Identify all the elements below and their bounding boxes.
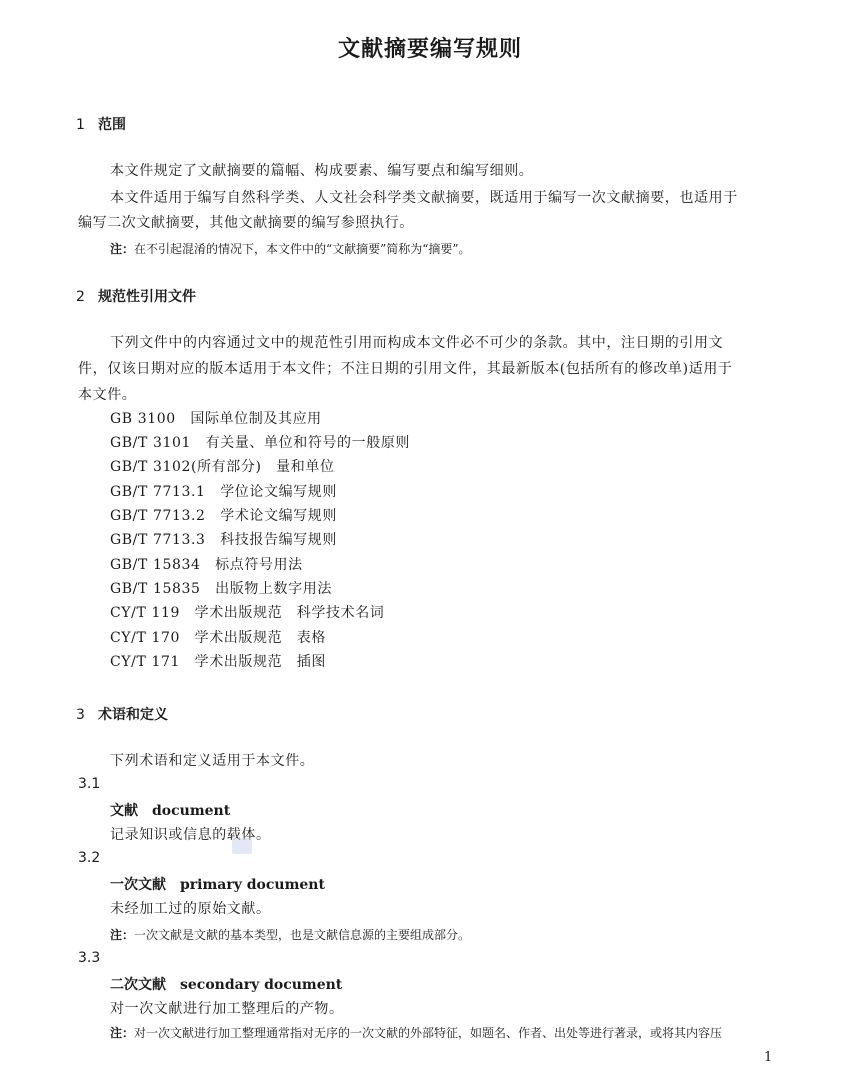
section-number: 2 [76, 289, 98, 305]
reference-item: CY/T 171 学术出版规范 插图 [110, 651, 326, 671]
reference-item: GB 3100 国际单位制及其应用 [110, 408, 322, 428]
document-title: 文献摘要编写规则 [0, 32, 860, 63]
note: 注：对一次文献进行加工整理通常指对无序的一次文献的外部特征，如题名、作者、出处等… [110, 1024, 722, 1041]
note-text: 一次文献是文献的基本类型，也是文献信息源的主要组成部分。 [134, 928, 470, 942]
reference-item: GB/T 7713.3 科技报告编写规则 [110, 529, 337, 549]
reference-item: GB/T 15835 出版物上数字用法 [110, 578, 332, 598]
term-heading: 二次文献secondary document [110, 974, 342, 994]
reference-code: GB/T 7713.3 [110, 532, 206, 548]
term-definition: 对一次文献进行加工整理后的产物。 [110, 998, 344, 1018]
term-en: secondary document [180, 977, 342, 993]
section-title: 术语和定义 [98, 707, 168, 723]
page-number: 1 [764, 1050, 772, 1065]
reference-title: 学位论文编写规则 [220, 484, 337, 500]
reference-code: CY/T 119 [110, 605, 180, 621]
note-label: 注： [110, 928, 134, 942]
section-number: 1 [76, 117, 98, 133]
term-number: 3.3 [78, 950, 100, 966]
reference-item: CY/T 119 学术出版规范 科学技术名词 [110, 602, 384, 622]
term-zh: 二次文献 [110, 977, 166, 993]
reference-code: GB/T 15835 [110, 581, 201, 597]
term-heading: 文献document [110, 800, 230, 820]
note: 注：在不引起混淆的情况下，本文件中的“文献摘要”简称为“摘要”。 [110, 240, 471, 257]
reference-title: 出版物上数字用法 [215, 581, 332, 597]
term-number: 3.1 [78, 776, 100, 792]
note: 注：一次文献是文献的基本类型，也是文献信息源的主要组成部分。 [110, 926, 470, 943]
reference-title: 国际单位制及其应用 [190, 411, 321, 427]
reference-code: CY/T 171 [110, 654, 180, 670]
note-text: 对一次文献进行加工整理通常指对无序的一次文献的外部特征，如题名、作者、出处等进行… [134, 1026, 722, 1040]
reference-item: GB/T 15834 标点符号用法 [110, 554, 303, 574]
reference-title: 标点符号用法 [215, 557, 303, 573]
paragraph: 下列文件中的内容通过文中的规范性引用而构成本文件必不可少的条款。其中，注日期的引… [110, 332, 723, 352]
term-zh: 一次文献 [110, 877, 166, 893]
reference-title: 科技报告编写规则 [220, 532, 337, 548]
term-heading: 一次文献primary document [110, 874, 325, 894]
reference-item: GB/T 7713.2 学术论文编写规则 [110, 505, 337, 525]
term-en: primary document [180, 877, 325, 893]
reference-title: 学术出版规范 科学技术名词 [195, 605, 385, 621]
reference-title: 学术论文编写规则 [220, 508, 337, 524]
reference-code: GB/T 3101 [110, 435, 191, 451]
reference-code: GB/T 3102(所有部分) [110, 456, 262, 476]
reference-code: CY/T 170 [110, 630, 180, 646]
paragraph: 本文件。 [78, 384, 136, 404]
reference-title: 学术出版规范 插图 [195, 654, 326, 670]
section-2-heading: 2规范性引用文件 [76, 286, 196, 306]
reference-code: GB/T 7713.1 [110, 484, 206, 500]
note-label: 注： [110, 242, 134, 256]
reference-code: GB/T 15834 [110, 557, 201, 573]
term-en: document [152, 803, 230, 819]
term-definition: 未经加工过的原始文献。 [110, 898, 271, 918]
section-title: 规范性引用文件 [98, 289, 196, 305]
section-1-heading: 1范围 [76, 114, 126, 134]
term-number: 3.2 [78, 850, 100, 866]
reference-title: 学术出版规范 表格 [195, 630, 326, 646]
paragraph: 编写二次文献摘要，其他文献摘要的编写参照执行。 [78, 212, 414, 232]
section-3-heading: 3术语和定义 [76, 704, 168, 724]
paragraph: 本文件适用于编写自然科学类、人文社会科学类文献摘要，既适用于编写一次文献摘要，也… [110, 187, 738, 207]
reference-item: GB/T 3101 有关量、单位和符号的一般原则 [110, 432, 410, 452]
paragraph: 下列术语和定义适用于本文件。 [110, 750, 314, 770]
section-title: 范围 [98, 117, 126, 133]
reference-title: 量和单位 [276, 459, 334, 475]
reference-code: GB 3100 [110, 411, 176, 427]
reference-title: 有关量、单位和符号的一般原则 [206, 435, 410, 451]
term-zh: 文献 [110, 803, 138, 819]
section-number: 3 [76, 707, 98, 723]
reference-item: GB/T 3102(所有部分) 量和单位 [110, 456, 335, 476]
reference-code: GB/T 7713.2 [110, 508, 206, 524]
note-text: 在不引起混淆的情况下，本文件中的“文献摘要”简称为“摘要”。 [134, 242, 471, 256]
reference-item: GB/T 7713.1 学位论文编写规则 [110, 481, 337, 501]
watermark [232, 838, 252, 854]
paragraph: 件，仅该日期对应的版本适用于本文件；不注日期的引用文件，其最新版本(包括所有的修… [78, 358, 733, 378]
note-label: 注： [110, 1026, 134, 1040]
reference-item: CY/T 170 学术出版规范 表格 [110, 627, 326, 647]
paragraph: 本文件规定了文献摘要的篇幅、构成要素、编写要点和编写细则。 [110, 160, 533, 180]
